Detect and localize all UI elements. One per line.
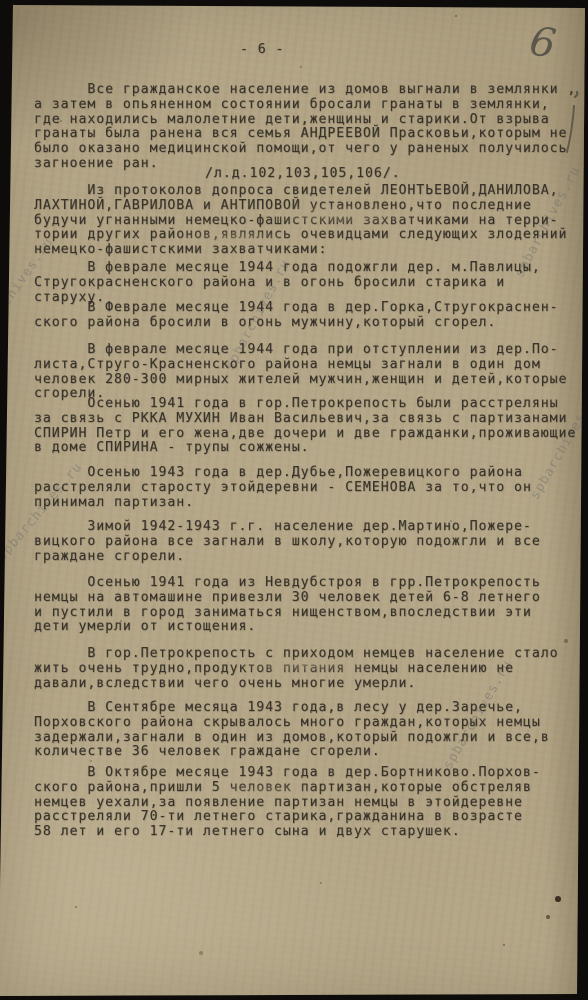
paragraph: Из протоколов допроса свидетелей ЛЕОНТЬЕ… <box>34 184 567 258</box>
paper-sheet: spbarchives.ruspbarchives.ruspbarchives.… <box>0 0 588 1000</box>
paragraph: В феврале месяце 1944 года при отступлен… <box>34 343 567 402</box>
document-scan: spbarchives.ruspbarchives.ruspbarchives.… <box>0 0 588 1000</box>
paragraph: В Сентябре месяца 1943 года,в лесу у дер… <box>34 701 550 760</box>
paragraph: Осенью 1941 года в гор.Петрокрепость был… <box>34 397 576 456</box>
paragraph: В гор.Петрокрепость с приходом немцев на… <box>34 647 558 691</box>
paragraph: В Феврале месяце 1944 года в дер.Горка,С… <box>34 301 558 331</box>
paragraph: Осенью 1943 года в дер.Дубье,Пожеревицко… <box>34 466 532 510</box>
paper-specks <box>0 0 2 2</box>
typed-page-number: - 6 - <box>240 43 284 58</box>
citation-line: /л.д.102,103,105,106/. <box>205 167 401 182</box>
handwritten-page-number: 6 <box>527 18 559 67</box>
pencil-mark <box>558 86 584 160</box>
paragraph: Зимой 1942-1943 г.г. население дер.Марти… <box>34 520 541 564</box>
paragraph: В Октябре месяце 1943 года в дер.Бортник… <box>34 766 541 840</box>
paragraph: Осенью 1941 года из Невдубстроя в грр.Пе… <box>34 576 541 635</box>
paragraph: Все гражданское население из домов выгна… <box>34 83 576 172</box>
paragraph: В феврале месяце 1944 года подожгли дер.… <box>34 261 541 305</box>
